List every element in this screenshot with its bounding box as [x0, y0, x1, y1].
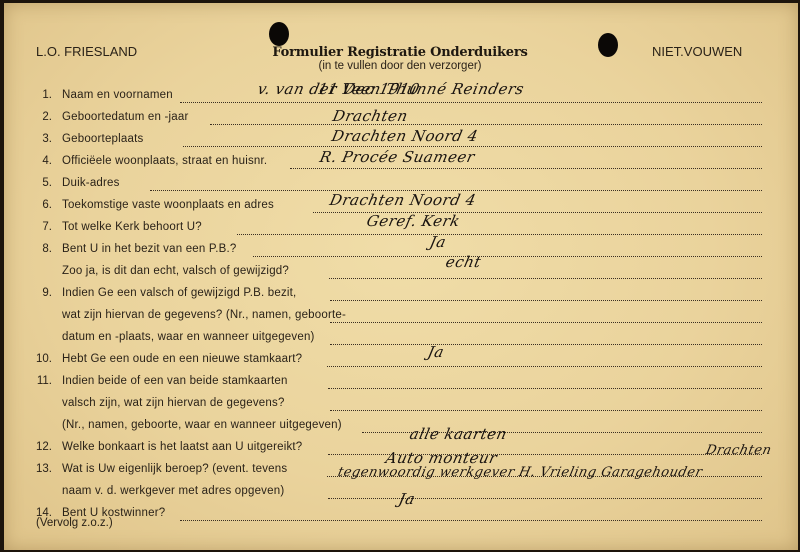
answer-line[interactable] [327, 366, 762, 367]
question-row: wat zijn hiervan de gegevens? (Nr., name… [0, 309, 800, 329]
question-label: Duik-adres [62, 177, 120, 189]
question-number: 11. [22, 375, 52, 387]
question-row: 8.Bent U in het bezit van een P.B.? [0, 243, 800, 263]
answer-line[interactable] [330, 300, 762, 301]
question-number: 5. [22, 177, 52, 189]
question-label: Indien Ge een valsch of gewijzigd P.B. b… [62, 287, 296, 299]
question-number: 10. [22, 353, 52, 365]
handwritten-answer: Drachten Noord 4 [328, 191, 478, 209]
answer-line[interactable] [210, 124, 762, 125]
question-number: 12. [22, 441, 52, 453]
handwritten-answer: 11 Dec 1910 [316, 80, 421, 98]
handwritten-answer: echt [444, 253, 483, 271]
question-row: valsch zijn, wat zijn hiervan de gegeven… [0, 397, 800, 417]
answer-line[interactable] [253, 256, 762, 257]
question-row: 10.Hebt Ge een oude en een nieuwe stamka… [0, 353, 800, 373]
question-label: Indien beide of een van beide stamkaarte… [62, 375, 288, 387]
question-label: Officiëele woonplaats, straat en huisnr. [62, 155, 267, 167]
answer-line[interactable] [330, 410, 762, 411]
answer-line[interactable] [330, 344, 762, 345]
answer-line[interactable] [328, 388, 762, 389]
handwritten-answer: Geref. Kerk [365, 212, 462, 230]
handwritten-answer: Drachten [331, 107, 410, 125]
question-label: Tot welke Kerk behoort U? [62, 221, 202, 233]
do-not-fold-label: NIET.VOUWEN [652, 44, 742, 59]
question-label: datum en -plaats, waar en wanneer uitgeg… [62, 331, 315, 343]
form-subtitle: (in te vullen door den verzorger) [0, 60, 800, 72]
answer-line[interactable] [237, 234, 762, 235]
question-row: 9.Indien Ge een valsch of gewijzigd P.B.… [0, 287, 800, 307]
continued-overleaf-note: (Vervolg z.o.z.) [36, 517, 113, 529]
question-number: 1. [22, 89, 52, 101]
question-label: Zoo ja, is dit dan echt, valsch of gewij… [62, 265, 289, 277]
question-label: Naam en voornamen [62, 89, 173, 101]
question-number: 8. [22, 243, 52, 255]
handwritten-answer-extra: Drachten [704, 443, 773, 458]
answer-line[interactable] [329, 278, 762, 279]
question-label: Geboortedatum en -jaar [62, 111, 189, 123]
answer-line[interactable] [183, 146, 762, 147]
handwritten-answer: alle kaarten [408, 425, 509, 443]
answer-line[interactable] [330, 322, 762, 323]
question-number: 13. [22, 463, 52, 475]
question-number: 2. [22, 111, 52, 123]
handwritten-answer: R. Procée Suameer [318, 148, 476, 166]
question-number: 6. [22, 199, 52, 211]
handwritten-answer: tegenwoordig werkgever H. Vrieling Garag… [336, 465, 703, 480]
punch-hole [269, 22, 289, 46]
question-label: (Nr., namen, geboorte, waar en wanneer u… [62, 419, 342, 431]
question-row: datum en -plaats, waar en wanneer uitgeg… [0, 331, 800, 351]
question-label: Bent U in het bezit van een P.B.? [62, 243, 237, 255]
question-number: 3. [22, 133, 52, 145]
answer-line[interactable] [180, 520, 762, 521]
question-row: Zoo ja, is dit dan echt, valsch of gewij… [0, 265, 800, 285]
question-label: Geboorteplaats [62, 133, 143, 145]
question-number: 7. [22, 221, 52, 233]
question-label: Hebt Ge een oude en een nieuwe stamkaart… [62, 353, 302, 365]
question-row: (Nr., namen, geboorte, waar en wanneer u… [0, 419, 800, 439]
question-row: 11.Indien beide of een van beide stamkaa… [0, 375, 800, 395]
question-number: 4. [22, 155, 52, 167]
question-number: 9. [22, 287, 52, 299]
question-label: Welke bonkaart is het laatst aan U uitge… [62, 441, 302, 453]
question-label: naam v. d. werkgever met adres opgeven) [62, 485, 284, 497]
answer-line[interactable] [290, 168, 762, 169]
question-row: 14.Bent U kostwinner? [0, 507, 800, 527]
answer-line[interactable] [328, 498, 762, 499]
question-label: Wat is Uw eigenlijk beroep? (event. teve… [62, 463, 287, 475]
question-label: wat zijn hiervan de gegevens? (Nr., name… [62, 309, 346, 321]
handwritten-answer: Drachten Noord 4 [330, 127, 480, 145]
question-label: valsch zijn, wat zijn hiervan de gegeven… [62, 397, 285, 409]
question-label: Toekomstige vaste woonplaats en adres [62, 199, 274, 211]
answer-line[interactable] [180, 102, 762, 103]
